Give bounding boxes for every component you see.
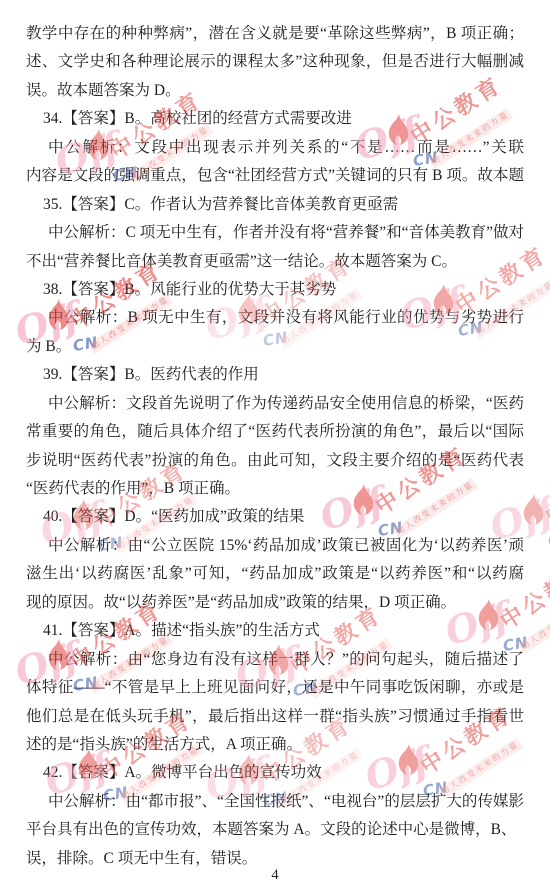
text-line: 中公解析：文段首先说明了作为传递药品安全使用信息的桥梁，“医药代表”扮演着非 (26, 390, 524, 418)
text-line: “医药代表的作用”，B 项正确。 (26, 475, 524, 503)
text-line: 述、文学史和各种理论展示的课程太多”这种现象，但是否进行大幅删减不得而知，D 项… (26, 48, 524, 76)
text-line: 38.【答案】B。风能行业的优势大于其劣势 (26, 276, 524, 304)
text-line: 滋生出‘以药腐医’乱象”可知，“药品加成”政策是“以药养医”和“以药腐医”乱象出 (26, 560, 524, 588)
text-line: 35.【答案】C。作者认为营养餐比音体美教育更亟需 (26, 191, 524, 219)
text-line: 中公解析：文段中出现表示并列关系的“不是……而是……”关联词，“而是”后面的 (26, 134, 524, 162)
text-line: 平台具有出色的宣传功效，本题答案为 A。文段的论述中心是微博，B、D 项 (26, 816, 524, 844)
text-line: 39.【答案】B。医药代表的作用 (26, 361, 524, 389)
text-line: 中公解析：C 项无中生有，作者并没有将“营养餐”和“音体美教育”做对比，因此推 (26, 219, 524, 247)
answer-text: 教学中存在的种种弊病”，潜在含义就是要“革除这些弊病”，B 项正确；文段只是描述… (26, 20, 524, 873)
document-page: 教学中存在的种种弊病”，潜在含义就是要“革除这些弊病”，B 项正确；文段只是描述… (0, 0, 550, 892)
text-line: 现的原因。故“以药养医”是“药品加成”政策的结果，D 项正确。 (26, 589, 524, 617)
text-line: 体特征——“不管是早上上班见面问好，还是中午同事吃饭闲聊，亦或是晚上朋友聚会叙旧… (26, 674, 524, 702)
text-line: 教学中存在的种种弊病”，潜在含义就是要“革除这些弊病”，B 项正确；文段只是描述… (26, 20, 524, 48)
text-line: 步说明“医药代表”扮演的角色。由此可知，文段主要介绍的是“医药代表的角色”，也即 (26, 447, 524, 475)
text-line: 述的是“指头族”的生活方式，A 项正确。 (26, 731, 524, 759)
text-line: 误。故本题答案为 D。 (26, 77, 524, 105)
text-line: 34.【答案】B。高校社团的经营方式需要改进 (26, 105, 524, 133)
text-line: 他们总是在低头玩手机”，最后指出这样一群“指头族”习惯通过手指看世界。文段主要描 (26, 703, 524, 731)
text-line: 中公解析：B 项无中生有，文段并没有将风能行业的优势与劣势进行对比。故本题答案 (26, 304, 524, 332)
text-line: 常重要的角色，随后具体介绍了“医药代表所扮演的角色”，最后以“国际上的研究”进一 (26, 418, 524, 446)
text-line: 中公解析：由“公立医院 15%‘药品加成’政策已被固化为‘以药养医’顽疾，甚至 (26, 532, 524, 560)
zhonggong-brand-text: 中公教育 (542, 453, 550, 528)
text-line: 42.【答案】A。微博平台出色的宣传功效 (26, 759, 524, 787)
text-line: 不出“营养餐比音体美教育更亟需”这一结论。故本题答案为 C。 (26, 248, 524, 276)
text-line: 内容是文段的强调重点，包含“社团经营方式”关键词的只有 B 项。故本题答案为 B… (26, 162, 524, 190)
text-line: 中公解析：由“都市报”、“全国性报纸”、“电视台”的层层扩大的传媒影响可知，微博 (26, 788, 524, 816)
text-line: 中公解析：由“您身边有没有这样一群人？”的问句起头，随后描述了这样一群人的具 (26, 646, 524, 674)
text-line: 40.【答案】D。“医药加成”政策的结果 (26, 503, 524, 531)
page-number: 4 (0, 867, 550, 884)
text-line: 41.【答案】A。描述“指头族”的生活方式 (26, 617, 524, 645)
text-line: 为 B。 (26, 333, 524, 361)
